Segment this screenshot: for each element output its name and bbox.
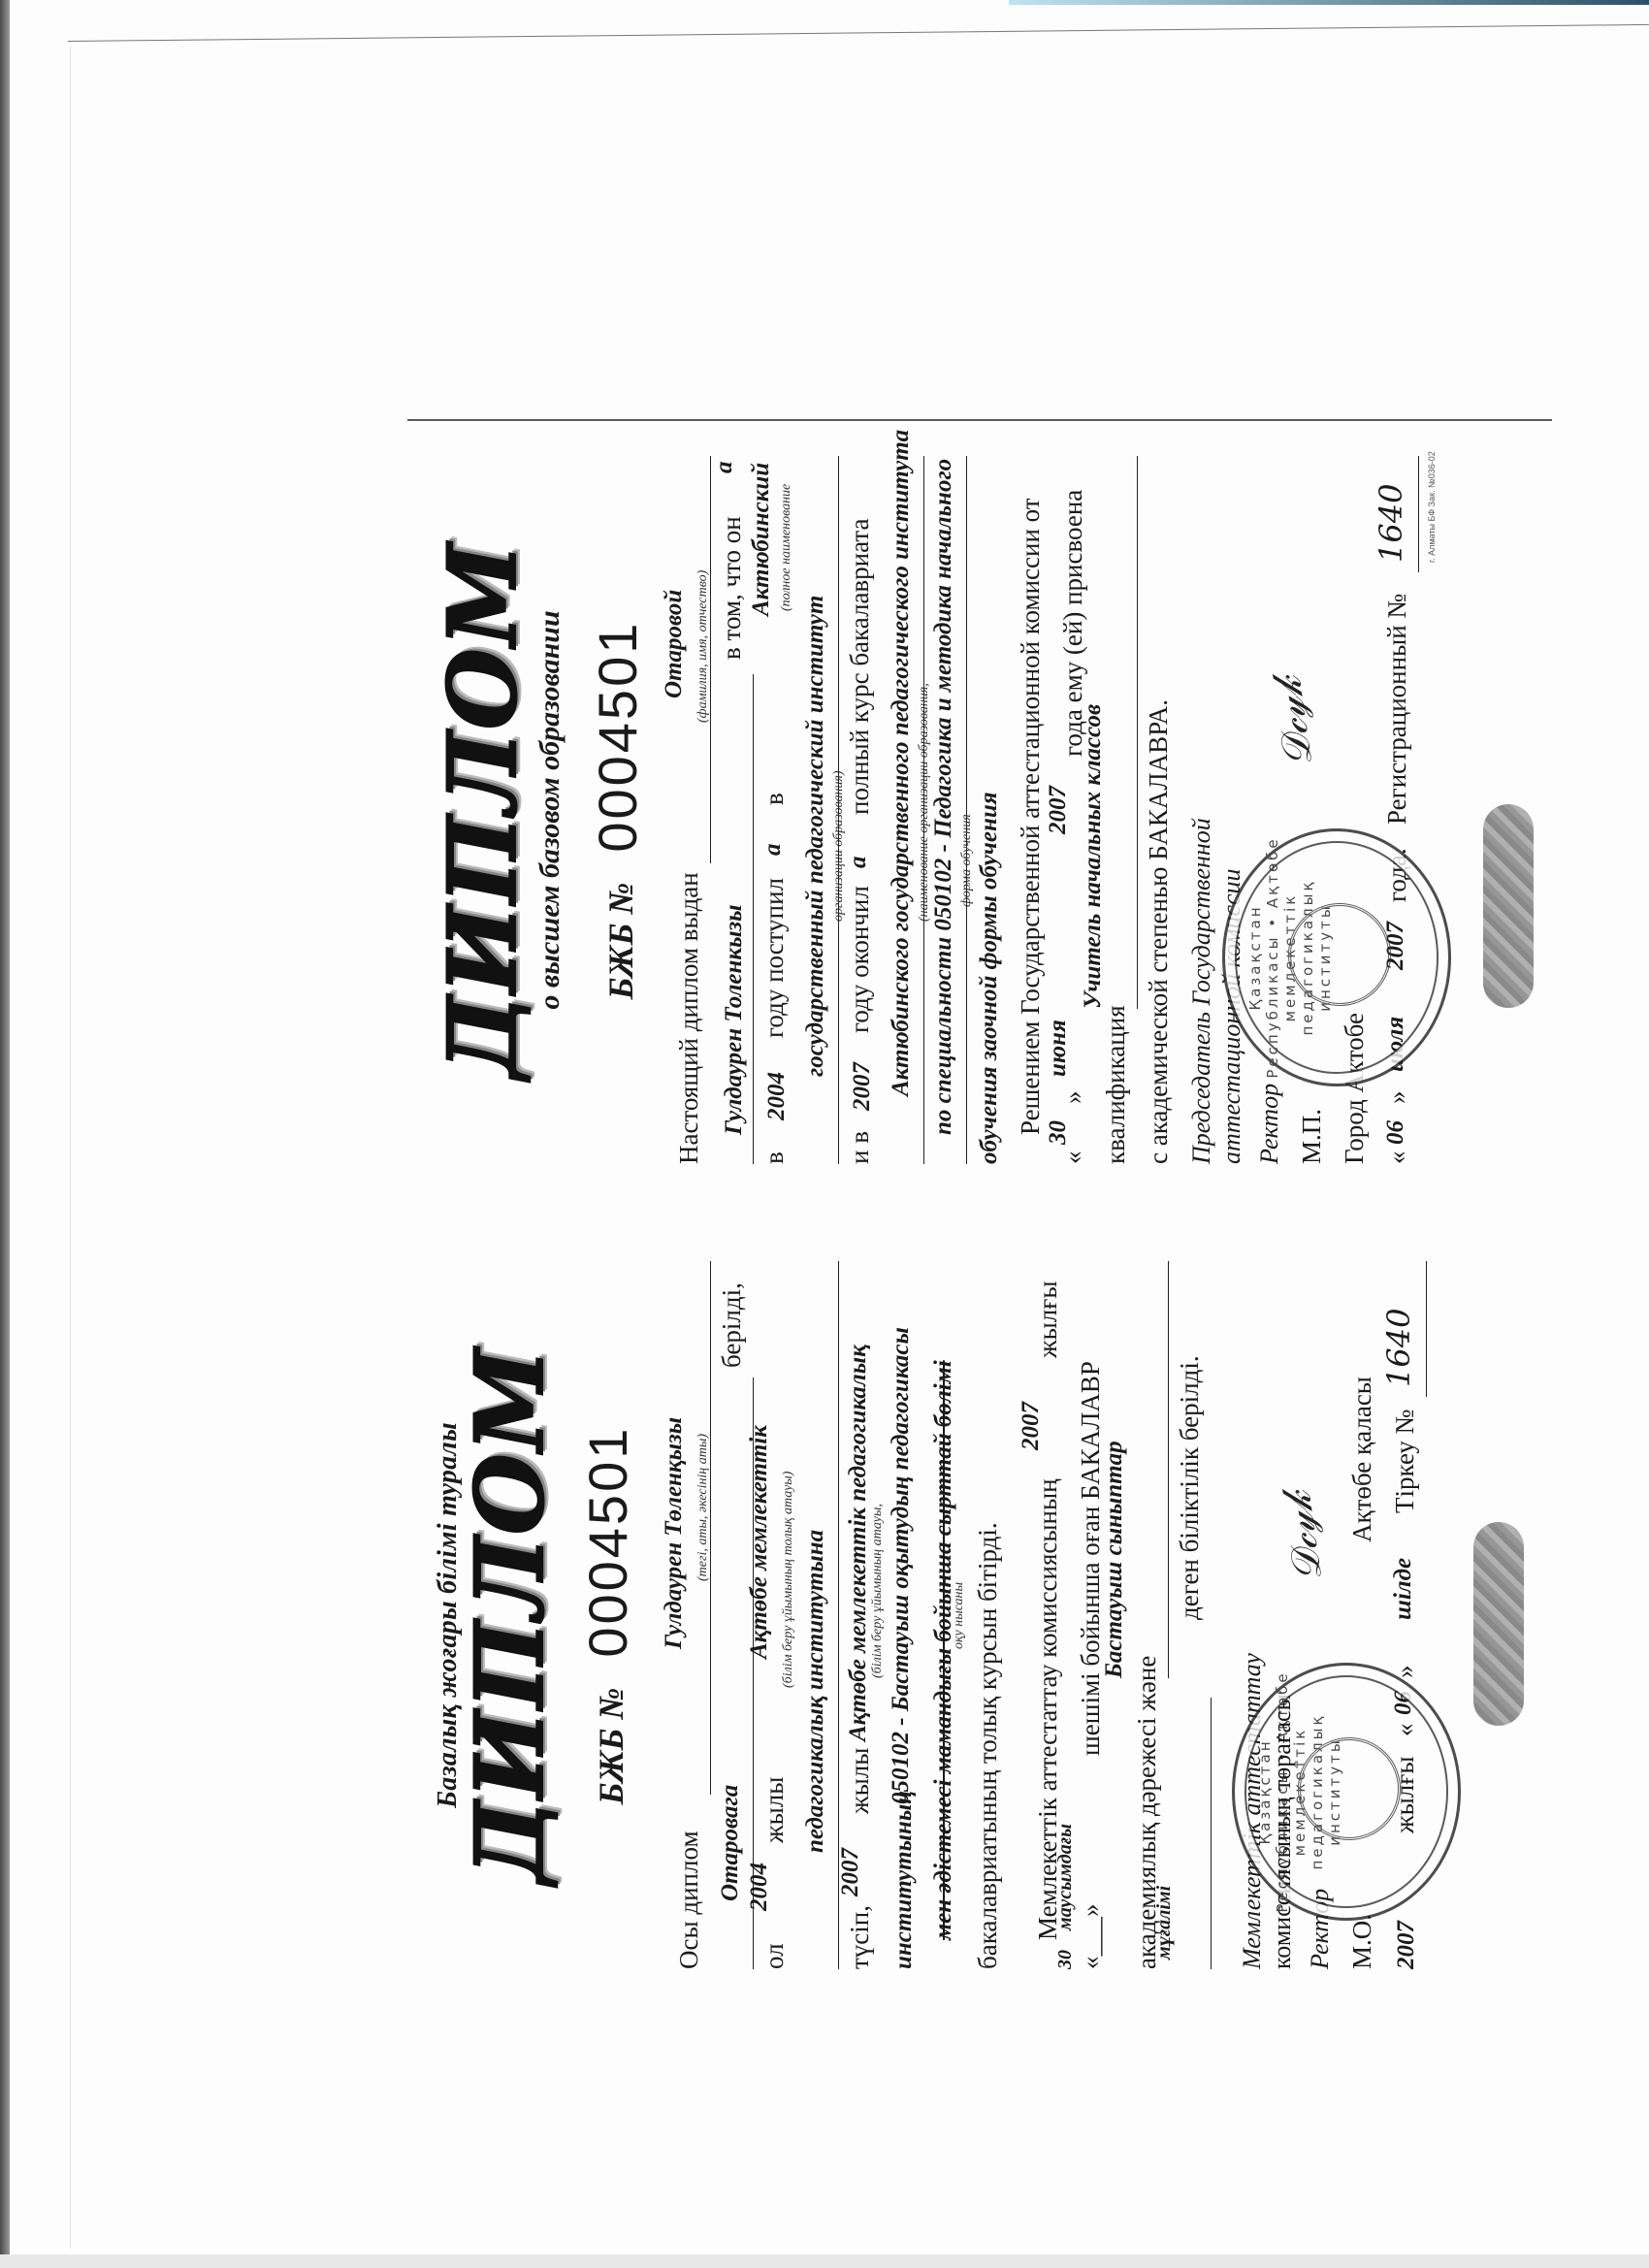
diploma-russian-page: ДИПЛОМ о высшем базовом образовании БЖБ … [427,427,1513,1193]
given-name-value: Гулдаурен Толенкызы [721,904,748,1135]
rector-label: Ректор [1255,1084,1283,1164]
completed-label-kz: бакалавриатының толық курсын бітірді. [973,1522,1002,1969]
this-diploma-label: Осы диплом [674,1831,703,1969]
registration-number-kz: 1640 [1380,1309,1417,1387]
entered-label-kz: түсіп, [845,1905,874,1969]
surname-hint: (фамилия, имя, отчество) [695,570,711,723]
decision-year: 2007 [1045,786,1072,834]
surname-dative-kz: Отаровага [717,1785,744,1901]
issue-day: 06 [1382,1120,1409,1145]
decision-label: Решением Государственной аттестационной … [1016,498,1046,1135]
year-word-2-kz: жылы [845,1748,875,1814]
registration-number: 1640 [1373,484,1409,563]
year-genitive-kz: жылғы [1033,1281,1063,1358]
qualification-given-kz: деген біліктілік берілді. [1175,1355,1205,1620]
and-in-label: и в [845,1131,874,1164]
in-prefix: в [760,1151,789,1164]
year-graduated-kz: 2007 [837,1848,864,1896]
issued-to-label: Настоящий диплом выдан [674,872,703,1164]
diploma-serial: БЖБ № 0004501 [586,427,649,1193]
entered-suffix: а [760,844,787,857]
serial-number: 0004501 [587,621,648,853]
fold-line [407,419,1552,421]
ol-label: ол [760,1943,789,1969]
registration-label: Регистрационный № [1382,594,1412,825]
institute-of-kz: институтының [890,1791,917,1969]
diploma-title: ДИПЛОМ [436,427,530,1193]
sheet-border-left [70,47,71,2249]
institution-genitive-hint-kz: (білім беру ұйымының атауы, [870,1504,886,1678]
in-label: в [760,793,790,805]
diploma-kazakh-page: Базалық жоғары білімі туралы ДИПЛОМ БЖБ … [427,1232,1513,1998]
specialty-value: по специальности 050102 - Педагогика и м… [930,459,957,1135]
scan-edge-left [0,0,10,2268]
year-entered-kz: 2004 [746,1863,773,1911]
diploma-serial-kz: БЖБ № 0004501 [576,1232,639,1998]
serial-number-kz: 0004501 [577,1426,638,1658]
sheet-border [68,24,1649,42]
institution-genitive-kz: Ақтөбе мемлекеттік педагогикалық [845,1345,872,1741]
commission-year-kz: 2007 [1018,1402,1045,1450]
series-label-kz: БЖБ № [592,1688,630,1805]
issue-month-kz: шілде [1390,1558,1417,1620]
institution-start: Актюбинский [748,463,775,616]
qualification-label: квалификация [1101,1005,1130,1164]
seal-place-label-kz: М.О. [1347,1914,1376,1969]
specialty-cont-kz: мен әдістемесі мамандығы бойынша сырттай… [930,1360,957,1940]
seal-place-label: М.П. [1297,1109,1326,1164]
given-name-kz: Гулдаурен Төленқызы [661,1417,688,1649]
diploma-header-kz: Базалық жоғары білімі туралы ДИПЛОМ БЖБ … [427,1232,639,1998]
study-form: обучения заочной формы обучения [976,792,1002,1164]
name-hint-kz: (тегі, аты, әкесінің аты) [695,1434,711,1581]
official-seal-kz: Қазақстан Республикасы • Ақтөбе мемлекет… [1232,1663,1461,1921]
issued-label-kz: берілді, [717,1282,747,1368]
diploma-subtitle: о высшем базовом образовании [533,427,566,1193]
graduated-suffix: а [845,857,872,869]
institution-cont: государственный педагогический институт [802,596,829,1077]
full-course-label: полный курс бакалавриата [845,518,875,815]
scan-edge-bottom [0,2254,1649,2268]
diploma-title-kz: ДИПЛОМ [464,1232,557,1998]
chair-label: Председатель Государственной [1187,818,1215,1164]
decision-month: июня [1045,1020,1072,1077]
decision-month-kz: маусымдағы [1054,1824,1077,1930]
decision-day-kz: 30 [1054,1950,1077,1969]
institution-start-kz: Ақтөбе мемлекеттік [746,1425,773,1659]
institution-cont-kz: педагогикалық институтына [802,1530,829,1853]
graduated-label: году окончил [845,886,875,1033]
year-word-kz: жылы [760,1777,790,1843]
entered-label: году поступил [760,878,790,1038]
gender-suffix: а [711,462,738,474]
hologram-sticker-kz [1473,1522,1524,1726]
qualification-value-2-kz: мұғалімі [1153,1886,1176,1960]
year-entered: 2004 [763,1072,791,1120]
year-graduated: 2007 [849,1062,876,1111]
printer-mark: г. Алматы БФ Зак. №036-02 [1427,451,1437,563]
institution-hint: (полное наименование [779,484,794,611]
decision-day: 30 [1045,1120,1072,1145]
in-that-label: в том, что он [717,516,747,660]
institution-genitive: Актюбинского государственного педагогиче… [888,430,915,1096]
qualification-value-kz: Бастауыш сыныптар [1101,1441,1128,1678]
city-label-kz: Ақтөбе қаласы [1347,1377,1377,1542]
diploma-header-ru: ДИПЛОМ о высшем базовом образовании БЖБ … [427,427,649,1193]
official-seal: Қазақстан Республикасы • Ақтөбе мемлекет… [1222,828,1451,1086]
scan-edge-top [1009,0,1649,5]
degree-label: с академической степенью БАКАЛАВРА. [1144,699,1173,1164]
form-hint-kz: оқу нысаны [952,1582,967,1649]
institution-hint-kz: (білім беру ұйымының толық атауы) [781,1472,796,1688]
surname-value: Отаровой [661,590,688,698]
specialty-kz: 050102 - Бастауыш оқытудың педагогикасы [888,1327,915,1804]
issue-year-kz: 2007 [1393,1921,1419,1969]
series-label: БЖБ № [601,883,640,1000]
registration-label-kz: Тіркеу № [1390,1409,1420,1513]
hologram-sticker [1483,804,1534,1008]
